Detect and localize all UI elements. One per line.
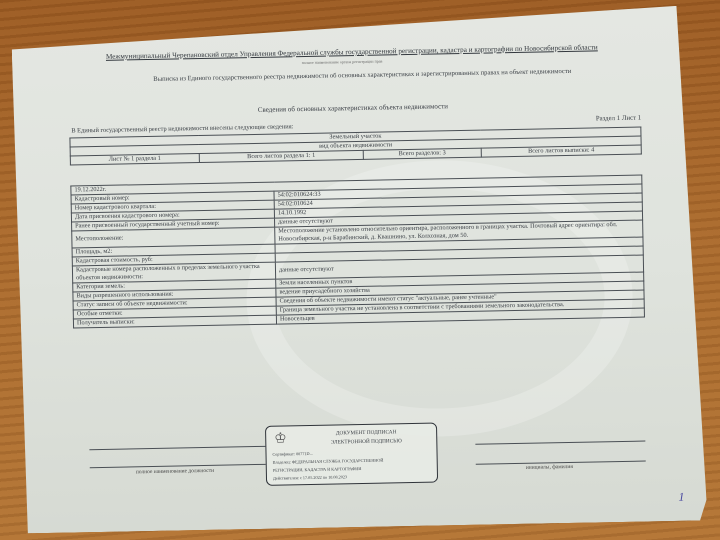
stamp-certificate: Сертификат: 00771D...: [272, 451, 312, 457]
extract-title: Выписка из Единого государственного реес…: [82, 67, 642, 85]
sheet-info-cell: Всего листов раздела 1: 1: [199, 150, 363, 162]
sheet-info-cell: Всего разделов: 3: [363, 148, 481, 159]
stamp-title: ДОКУМЕНТ ПОДПИСАН: [306, 429, 426, 437]
stamp-owner-cont: РЕГИСТРАЦИИ, КАДАСТРА И КАРТОГРАФИИ: [273, 466, 362, 473]
stamp-validity: Действителен: с 17.05.2022 по 10.08.2023: [273, 474, 347, 480]
intro-text: В Единый государственный реестр недвижим…: [71, 123, 293, 134]
handwritten-page-number: 1: [678, 490, 684, 505]
organization-note: полное наименование органа регистрации п…: [242, 57, 442, 66]
initials-label: инициалы, фамилия: [526, 464, 573, 471]
section-sheet-number: Раздел 1 Лист 1: [596, 115, 641, 123]
position-label: полное наименование должности: [136, 468, 214, 476]
section-title: Сведения об основных характеристиках объ…: [153, 100, 553, 116]
sheet-info-cell: Лист № 1 раздела 1: [70, 154, 199, 165]
signature-line: [89, 446, 265, 450]
sheet-info-cell: Всего листов выписки: 4: [481, 145, 641, 157]
stamp-subtitle: ЭЛЕКТРОННОЙ ПОДПИСЬЮ: [306, 438, 426, 446]
signature-area: полное наименование должности инициалы, …: [75, 426, 648, 487]
coat-of-arms-icon: ♔: [274, 430, 287, 447]
document-page: Межмуниципальный Черепановский отдел Упр…: [11, 5, 707, 533]
stamp-owner: Владелец: ФЕДЕРАЛЬНАЯ СЛУЖБА ГОСУДАРСТВЕ…: [273, 458, 384, 465]
characteristics-table: 19.12.2022г. Кадастровый номер:54:02:010…: [70, 175, 645, 329]
signature-line: [475, 441, 645, 445]
electronic-signature-stamp: ♔ ДОКУМЕНТ ПОДПИСАН ЭЛЕКТРОННОЙ ПОДПИСЬЮ…: [265, 423, 438, 486]
